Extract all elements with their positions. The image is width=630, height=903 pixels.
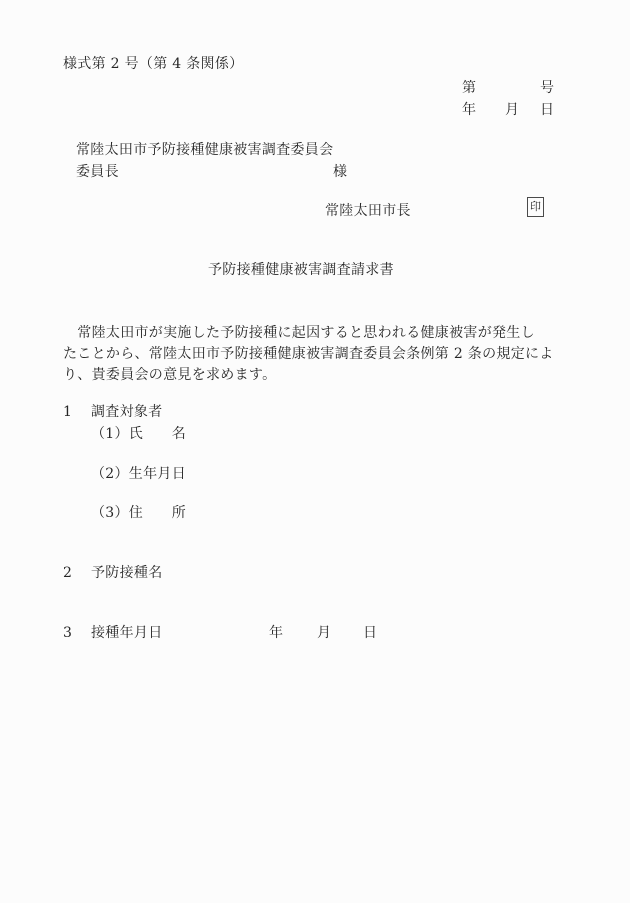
item3-month-label: 月: [317, 623, 331, 643]
form-number: 様式第 2 号（第 4 条関係）: [63, 54, 243, 74]
date-year-label: 年: [462, 100, 476, 120]
document-title: 予防接種健康被害調査請求書: [208, 260, 394, 280]
item3-year-label: 年: [269, 623, 283, 643]
item1-label: 調査対象者: [91, 402, 163, 422]
item1-sub-address: （3）住 所: [91, 503, 186, 523]
item2-label: 予防接種名: [91, 563, 163, 583]
item2-number: 2: [63, 563, 72, 583]
item3-label: 接種年月日: [91, 623, 163, 643]
doc-number-prefix: 第: [462, 78, 476, 98]
addressee-committee-name: 常陸太田市予防接種健康被害調査委員会: [76, 140, 333, 160]
body-paragraph-line: 常陸太田市が実施した予防接種に起因すると思われる健康被害が発生し: [63, 323, 535, 343]
item1-number: 1: [63, 402, 72, 422]
seal-mark: 印: [530, 197, 541, 217]
item1-sub-birthdate: （2）生年月日: [91, 464, 186, 484]
document-page: 様式第 2 号（第 4 条関係） 第 号 年 月 日 常陸太田市予防接種健康被害…: [0, 0, 630, 903]
doc-number-suffix: 号: [540, 78, 554, 98]
seal-box: 印: [527, 197, 544, 217]
body-paragraph-line: たことから、常陸太田市予防接種健康被害調査委員会条例第 2 条の規定によ: [63, 344, 554, 364]
date-month-label: 月: [505, 100, 519, 120]
item3-day-label: 日: [363, 623, 377, 643]
date-day-label: 日: [540, 100, 554, 120]
addressee-chair-title: 委員長: [76, 162, 119, 182]
sender-title: 常陸太田市長: [325, 201, 411, 221]
body-paragraph-line: り、貴委員会の意見を求めます。: [63, 365, 276, 385]
item3-number: 3: [63, 623, 72, 643]
item1-sub-name: （1）氏 名: [91, 424, 186, 444]
addressee-honorific: 様: [333, 162, 347, 182]
